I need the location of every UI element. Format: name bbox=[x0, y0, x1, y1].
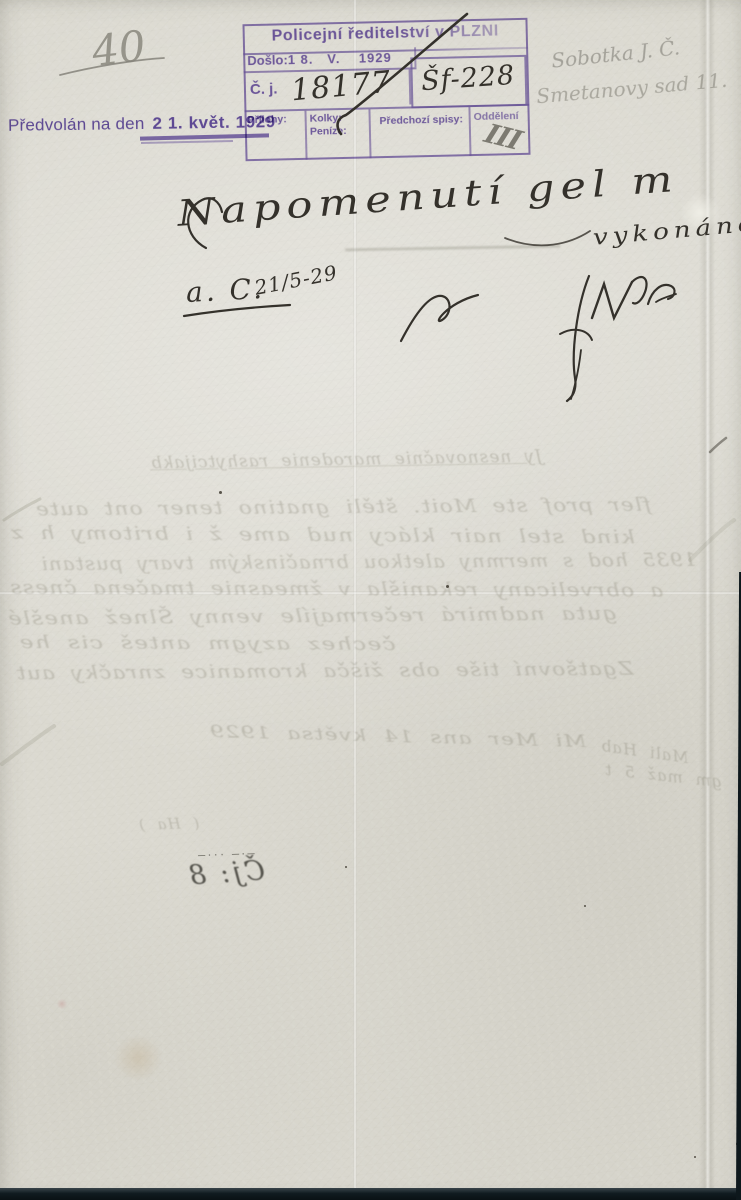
pencil-smear-line bbox=[345, 245, 560, 251]
tan-stain bbox=[112, 1036, 164, 1080]
bleedthrough-line: Mi Mer ans 14 květsa 1929 bbox=[208, 722, 587, 752]
bleedthrough-line: 1935 hod s mermny aletkou brnačinským tv… bbox=[40, 549, 696, 575]
bleedthrough-line: fler prof ste Moit. štěli gnatino tener … bbox=[35, 494, 651, 521]
ink-connector-stroke bbox=[505, 231, 590, 245]
stamps-label: Kolky: bbox=[310, 112, 342, 125]
bleedthrough-line: čechez azygm anteš cis he bbox=[18, 632, 395, 655]
pencil-address-name: Sobotka J. Č. bbox=[550, 35, 681, 72]
bleedthrough-line: a obrvelicany rekanišla v žmeasnie tmače… bbox=[9, 577, 663, 602]
ink-note-line2: vykonáno bbox=[592, 212, 741, 251]
paper-speck bbox=[446, 585, 449, 588]
document-scan: Jy nesnovačnie marodenie rashytcijakb fl… bbox=[0, 0, 741, 1200]
bleedthrough-line: Zgatšovní tiše obs žišča kromanice znrač… bbox=[16, 658, 634, 685]
previous-files-cell: Předchozí spisy: bbox=[370, 107, 471, 158]
fees-label: Peníze: bbox=[310, 125, 347, 138]
paper-speck bbox=[584, 905, 586, 907]
bleedthrough-line: ( Ha ) bbox=[138, 814, 200, 834]
paper-speck bbox=[694, 1156, 696, 1158]
file-number-label: Č. j. bbox=[250, 80, 278, 98]
pencil-folio-number: 40 bbox=[89, 21, 148, 76]
bleedthrough-line: guta nadmirá rečermajíle venny Šlnež ane… bbox=[7, 602, 617, 629]
stamps-fees-cell: Kolky: Peníze: bbox=[306, 109, 371, 159]
summons-date: 2 1. květ. 1929 bbox=[152, 112, 276, 133]
ink-date: 21/5-29 bbox=[252, 260, 339, 300]
summons-stamp: Předvolán na den2 1. květ. 1929 bbox=[8, 112, 276, 136]
bleedthrough-line: kind stel nair klácy nud ame ž i britomy… bbox=[10, 522, 635, 549]
paper-sheet: Jy nesnovačnie marodenie rashytcijakb fl… bbox=[0, 0, 741, 1192]
right-fold-line bbox=[699, 0, 715, 1192]
bleedthrough-margin-smudge bbox=[2, 726, 54, 764]
ink-note-line1: Napomenutí gel m bbox=[176, 159, 680, 235]
received-label: Došlo: bbox=[247, 52, 288, 68]
handwritten-reference-number: Šf-228 bbox=[420, 60, 516, 97]
received-date: 1 8. V. 1929 bbox=[288, 50, 392, 67]
scanner-edge-bottom bbox=[0, 1188, 741, 1200]
previous-files-label: Předchozí spisy: bbox=[379, 113, 463, 127]
summons-underline-thin bbox=[141, 140, 233, 144]
bleedthrough-ink-mark: Čj: 8 bbox=[185, 855, 266, 891]
paper-speck bbox=[219, 491, 222, 494]
faint-pink-stain bbox=[56, 999, 68, 1009]
ink-signature bbox=[560, 276, 676, 401]
summons-label: Předvolán na den bbox=[8, 114, 145, 135]
bleedthrough-line: Jy nesnovačnie marodenie rashytcijakb bbox=[150, 447, 542, 474]
ink-date-flourish bbox=[401, 295, 478, 341]
paper-speck bbox=[345, 866, 347, 868]
